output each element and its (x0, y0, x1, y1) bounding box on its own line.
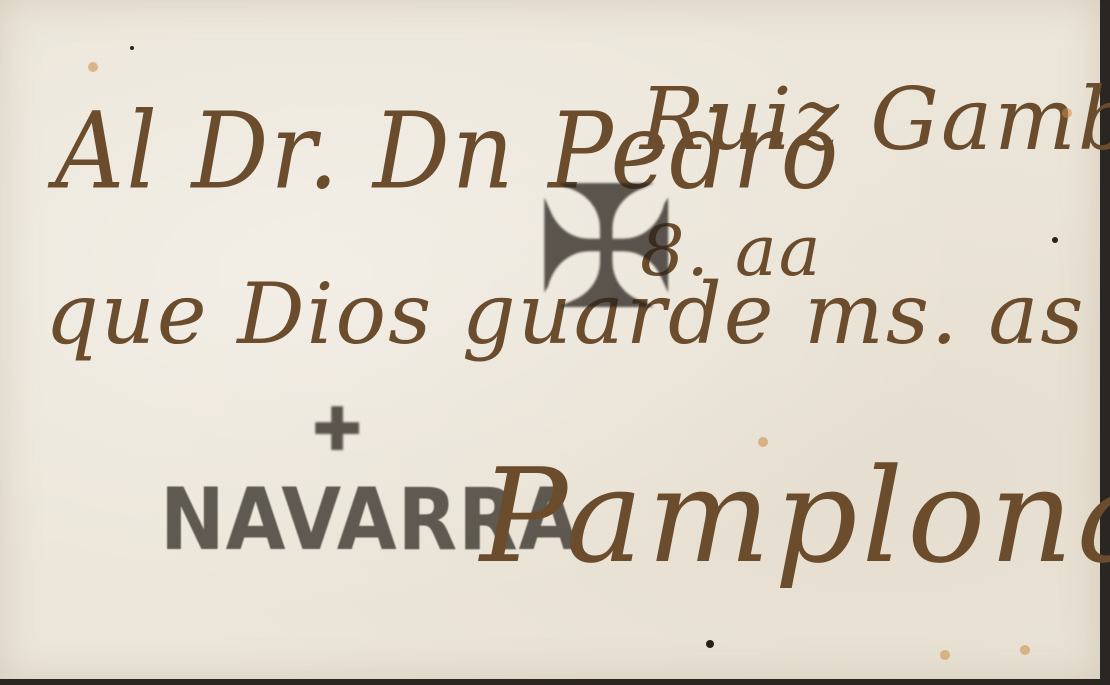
foxing-spot (940, 650, 950, 660)
ink-spot (130, 46, 134, 50)
ink-spot (1052, 237, 1058, 243)
ink-cross-mark-icon: ✠ (535, 150, 677, 348)
destination-city: Pamplona (480, 440, 1110, 592)
ink-spot (706, 640, 714, 648)
letter-cover: Al Dr. Dn Pedro Ruiz Gamboa que Dios gua… (0, 0, 1100, 679)
foxing-spot (1020, 645, 1030, 655)
foxing-spot (758, 437, 768, 447)
foxing-spot (88, 62, 98, 72)
foxing-spot (1062, 108, 1072, 118)
address-line-name: Ruiz Gamboa (640, 70, 1110, 170)
postmark-cross-icon: ✚ (312, 395, 362, 465)
